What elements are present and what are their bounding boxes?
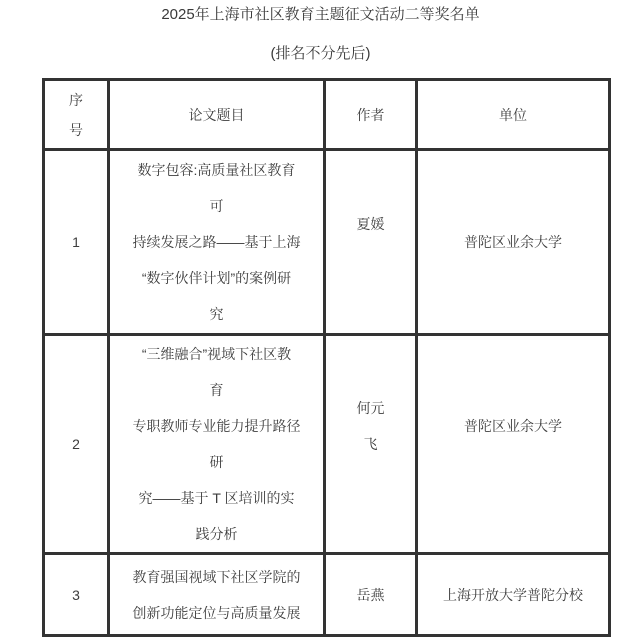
table-row: 1数字包容:高质量社区教育可持续发展之路——基于上海“数字伙伴计划”的案例研究夏… <box>44 150 610 335</box>
unit-cell: 普陀区业余大学 <box>417 335 610 554</box>
text-line: “数字伙伴计划”的案例研 <box>114 260 319 296</box>
text-line: 上海开放大学普陀分校 <box>422 577 604 613</box>
text-line: 普陀区业余大学 <box>422 408 604 444</box>
document-page: 2025年上海市社区教育主题征文活动二等奖名单 (排名不分先后) 序号论文题目作… <box>0 0 641 638</box>
text-line: 岳燕 <box>330 577 411 613</box>
text-line: 数字包容:高质量社区教育 <box>114 152 319 188</box>
text-line: 夏媛 <box>330 206 411 242</box>
header-cell-0: 序号 <box>44 80 109 150</box>
author-cell: 岳燕 <box>325 554 417 636</box>
page-subtitle: (排名不分先后) <box>0 45 641 63</box>
author-cell: 夏媛 <box>325 150 417 335</box>
text-line: 飞 <box>330 426 411 462</box>
paper-title-cell: “三维融合”视域下社区教育专职教师专业能力提升路径研究——基于 T 区培训的实践… <box>109 335 325 554</box>
text-line: 创新功能定位与高质量发展 <box>114 595 319 631</box>
text-line: 持续发展之路——基于上海 <box>114 224 319 260</box>
text-line: 论文题目 <box>114 100 319 130</box>
text-line: 育 <box>114 372 319 408</box>
header-cell-2: 作者 <box>325 80 417 150</box>
text-line <box>422 444 604 480</box>
text-line <box>330 242 411 278</box>
text-line: 践分析 <box>114 516 319 552</box>
header-cell-3: 单位 <box>417 80 610 150</box>
text-line: 作者 <box>330 100 411 130</box>
row-number: 3 <box>49 577 103 613</box>
row-number-cell: 2 <box>44 335 109 554</box>
text-line: 专职教师专业能力提升路径 <box>114 408 319 444</box>
row-number: 2 <box>49 426 103 462</box>
awards-table: 序号论文题目作者单位 1数字包容:高质量社区教育可持续发展之路——基于上海“数字… <box>42 78 611 637</box>
text-line: 号 <box>49 115 103 145</box>
table-row: 3教育强国视域下社区学院的创新功能定位与高质量发展岳燕上海开放大学普陀分校 <box>44 554 610 636</box>
text-line: 教育强国视域下社区学院的 <box>114 559 319 595</box>
text-line: 究——基于 T 区培训的实 <box>114 480 319 516</box>
author-cell: 何元飞 <box>325 335 417 554</box>
unit-cell: 普陀区业余大学 <box>417 150 610 335</box>
text-line: 普陀区业余大学 <box>422 224 604 260</box>
row-number: 1 <box>49 224 103 260</box>
text-line: 单位 <box>422 100 604 130</box>
header-cell-1: 论文题目 <box>109 80 325 150</box>
paper-title-cell: 数字包容:高质量社区教育可持续发展之路——基于上海“数字伙伴计划”的案例研究 <box>109 150 325 335</box>
table-row: 2“三维融合”视域下社区教育专职教师专业能力提升路径研究——基于 T 区培训的实… <box>44 335 610 554</box>
text-line: 何元 <box>330 390 411 426</box>
text-line: 序 <box>49 85 103 115</box>
row-number-cell: 3 <box>44 554 109 636</box>
row-number-cell: 1 <box>44 150 109 335</box>
text-line <box>330 462 411 498</box>
page-title: 2025年上海市社区教育主题征文活动二等奖名单 <box>0 0 641 24</box>
table-header-row: 序号论文题目作者单位 <box>44 80 610 150</box>
text-line: 究 <box>114 296 319 332</box>
unit-cell: 上海开放大学普陀分校 <box>417 554 610 636</box>
paper-title-cell: 教育强国视域下社区学院的创新功能定位与高质量发展 <box>109 554 325 636</box>
text-line: 研 <box>114 444 319 480</box>
text-line: “三维融合”视域下社区教 <box>114 336 319 372</box>
text-line: 可 <box>114 188 319 224</box>
